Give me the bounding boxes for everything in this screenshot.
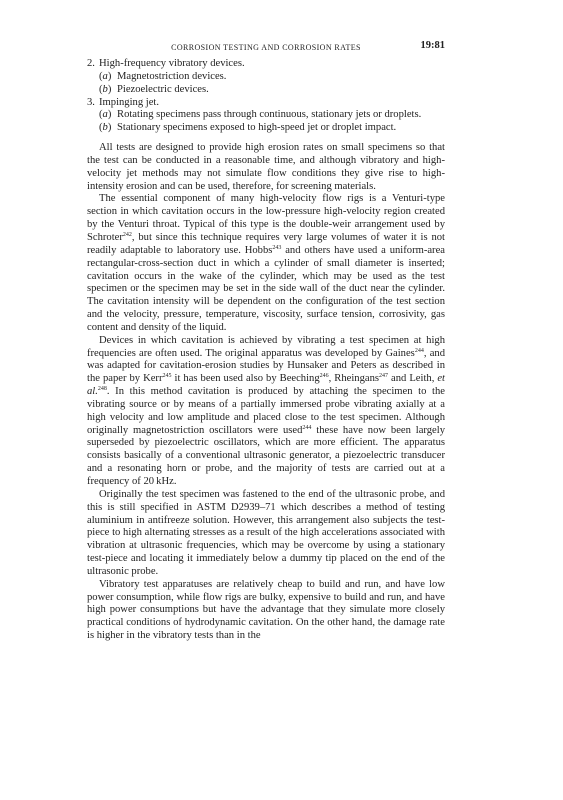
sub-item-2b: (b) Piezoelectric devices. (87, 84, 445, 97)
sub-label: (a) (99, 109, 111, 122)
page-number: 19:81 (421, 40, 446, 53)
reference-246: 246 (320, 373, 329, 379)
sub-item-2a: (a) Magnetostriction devices. (87, 71, 445, 84)
reference-245: 245 (163, 373, 172, 379)
sub-text: Magnetostriction devices. (117, 71, 226, 82)
sub-text: Rotating specimens pass through continuo… (117, 109, 421, 120)
running-header: CORROSION TESTING AND CORROSION RATES 19… (87, 40, 445, 54)
list-item-2: 2. High-frequency vibratory devices. (87, 58, 445, 71)
sub-label: (a) (99, 71, 111, 84)
sub-item-3a: (a) Rotating specimens pass through cont… (87, 109, 445, 122)
reference-248: 248 (98, 386, 107, 392)
paragraph-astm: Originally the test specimen was fastene… (87, 489, 445, 579)
reference-242: 242 (123, 232, 132, 238)
sub-text: Stationary specimens exposed to high-spe… (117, 122, 396, 133)
spacer (87, 135, 445, 142)
reference-247: 247 (379, 373, 388, 379)
sub-label: (b) (99, 122, 111, 135)
paragraph-screening: All tests are designed to provide high e… (87, 142, 445, 193)
method-list: 2. High-frequency vibratory devices. (a)… (87, 58, 445, 135)
document-page: CORROSION TESTING AND CORROSION RATES 19… (87, 40, 445, 643)
list-item-3: 3. Impinging jet. (87, 97, 445, 110)
sub-text: Piezoelectric devices. (117, 84, 209, 95)
paragraph-venturi: The essential component of many high-vel… (87, 193, 445, 334)
sub-label: (b) (99, 84, 111, 97)
list-text: Impinging jet. (99, 97, 159, 108)
list-text: High-frequency vibratory devices. (99, 58, 245, 69)
paragraph-comparison: Vibratory test apparatuses are relativel… (87, 579, 445, 643)
reference-244: 244 (415, 348, 424, 354)
list-number: 3. (87, 97, 95, 110)
list-number: 2. (87, 58, 95, 71)
running-title: CORROSION TESTING AND CORROSION RATES (87, 42, 445, 55)
paragraph-vibratory-devices: Devices in which cavitation is achieved … (87, 335, 445, 489)
sub-item-3b: (b) Stationary specimens exposed to high… (87, 122, 445, 135)
